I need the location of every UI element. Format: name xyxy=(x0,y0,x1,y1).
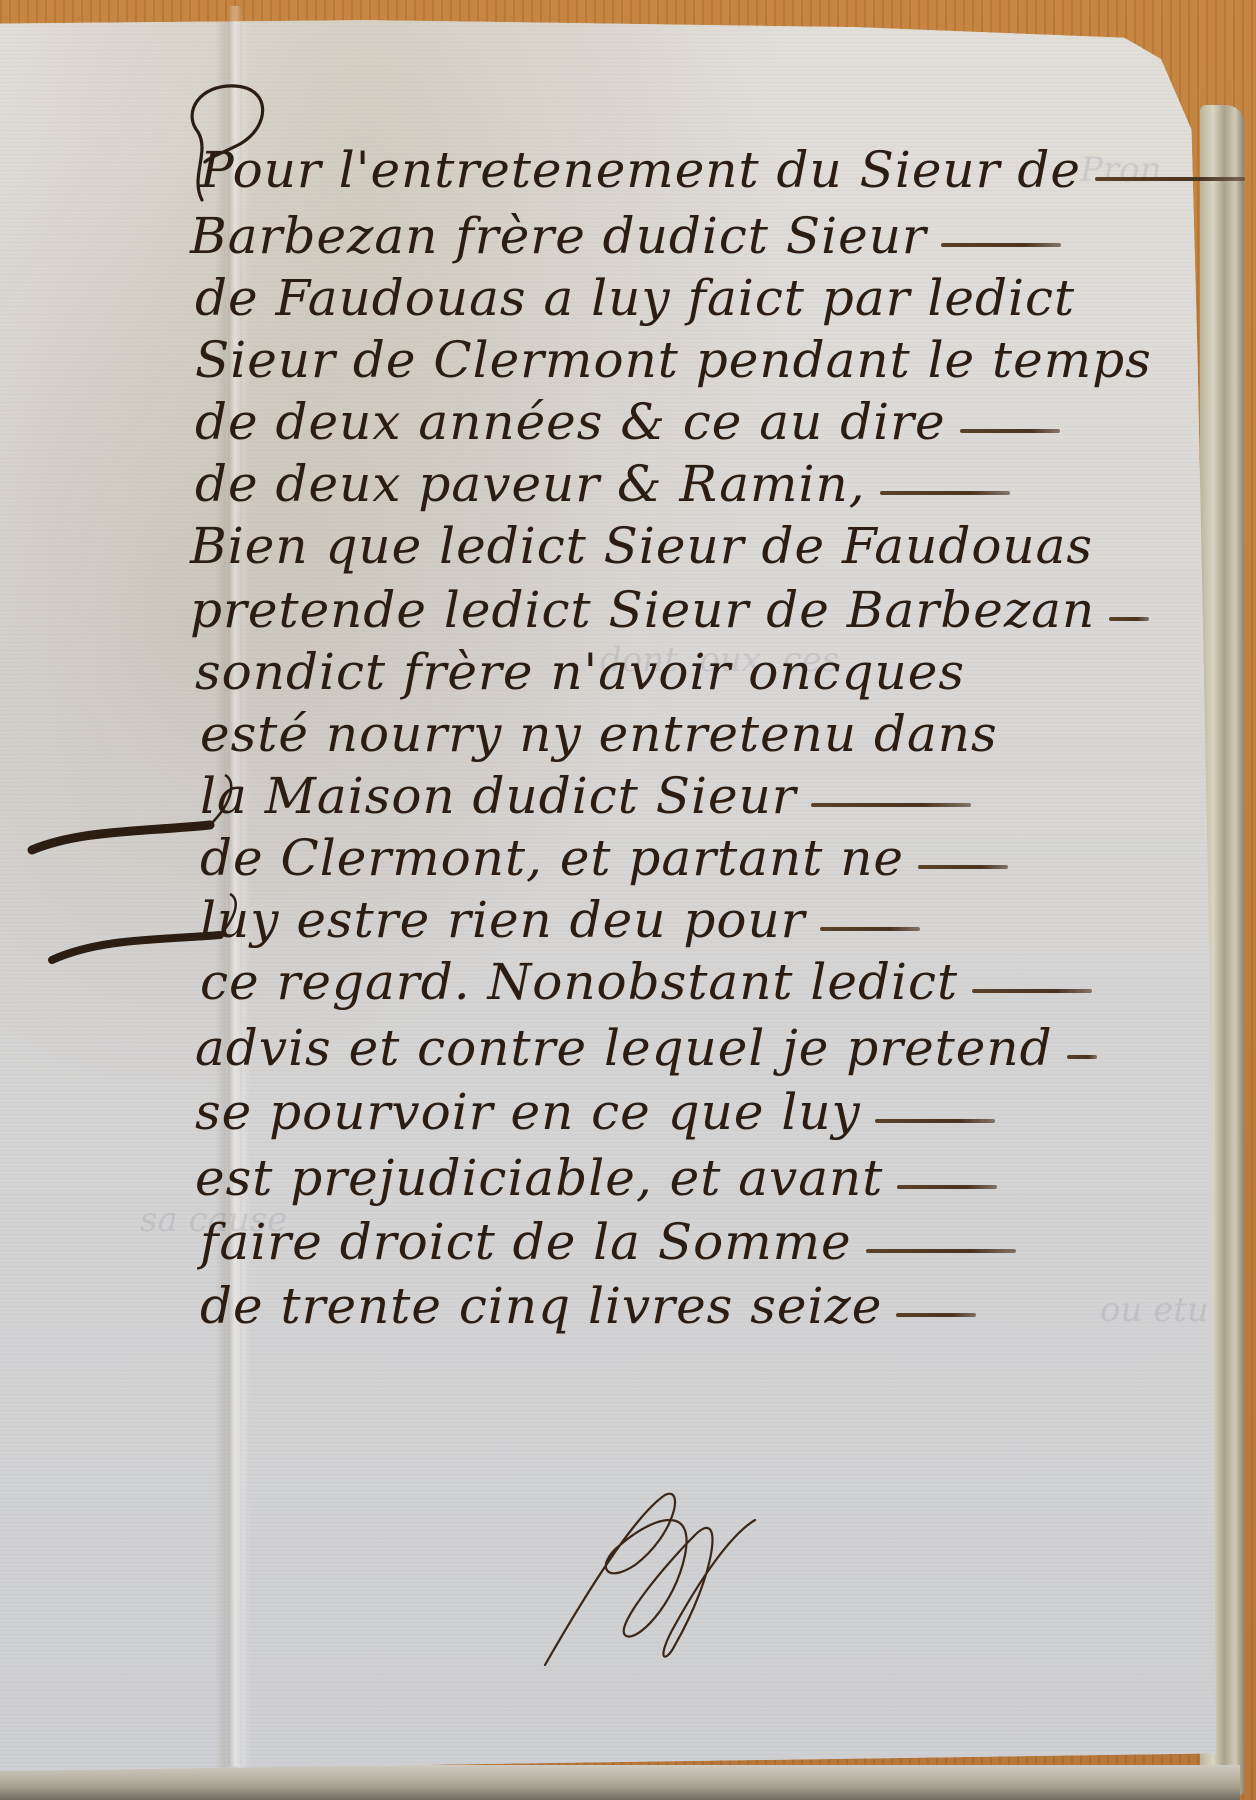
manuscript-line: advis et contre lequel je pretend xyxy=(195,1018,1097,1078)
margin-flourish-icon xyxy=(20,770,240,860)
manuscript-line: pretende ledict Sieur de Barbezan xyxy=(190,580,1149,640)
line-text: de deux années & ce au dire xyxy=(195,392,946,452)
line-filler-stroke xyxy=(941,243,1061,247)
manuscript-line: esté nourry ny entretenu dans xyxy=(200,704,998,764)
manuscript-line: luy estre rien deu pour xyxy=(200,890,920,950)
manuscript-line: la Maison dudict Sieur xyxy=(200,766,971,826)
line-filler-stroke xyxy=(1109,617,1149,621)
line-text: Sieur de Clermont pendant le temps xyxy=(195,330,1152,390)
line-text: faire droict de la Somme xyxy=(200,1212,852,1272)
line-text: esté nourry ny entretenu dans xyxy=(200,704,998,764)
line-filler-stroke xyxy=(811,803,971,807)
line-filler-stroke xyxy=(960,429,1060,433)
line-filler-stroke xyxy=(880,491,1010,495)
manuscript-line: est prejudiciable, et avant xyxy=(195,1148,997,1208)
manuscript-line: de deux paveur & Ramin, xyxy=(195,454,1010,514)
manuscript-line: de trente cinq livres seize xyxy=(200,1276,976,1336)
line-filler-stroke xyxy=(972,989,1092,993)
line-filler-stroke xyxy=(1067,1055,1097,1059)
line-text: sondict frère n'avoir oncques xyxy=(195,642,965,702)
signature-paraphe-icon xyxy=(525,1475,765,1675)
line-text: advis et contre lequel je pretend xyxy=(195,1018,1053,1078)
manuscript-line: Barbezan frère dudict Sieur xyxy=(190,206,1061,266)
line-text: ce regard. Nonobstant ledict xyxy=(200,952,958,1012)
manuscript-line: se pourvoir en ce que luy xyxy=(195,1082,995,1142)
manuscript-text-block: Pour l'entretenement du Sieur de Barbeza… xyxy=(0,0,1256,1800)
line-filler-stroke xyxy=(1095,177,1245,181)
line-text: se pourvoir en ce que luy xyxy=(195,1082,861,1142)
manuscript-line: ce regard. Nonobstant ledict xyxy=(200,952,1092,1012)
manuscript-line: de Clermont, et partant ne xyxy=(200,828,1008,888)
line-text: Barbezan frère dudict Sieur xyxy=(190,206,927,266)
manuscript-line: sondict frère n'avoir oncques xyxy=(195,642,965,702)
line-text: de Faudouas a luy faict par ledict xyxy=(195,268,1075,328)
line-filler-stroke xyxy=(820,927,920,931)
line-text: Bien que ledict Sieur de Faudouas xyxy=(190,516,1093,576)
line-text: de Clermont, et partant ne xyxy=(200,828,904,888)
line-text: la Maison dudict Sieur xyxy=(200,766,797,826)
line-filler-stroke xyxy=(866,1249,1016,1253)
manuscript-line: faire droict de la Somme xyxy=(200,1212,1016,1272)
line-filler-stroke xyxy=(897,1185,997,1189)
manuscript-line: de deux années & ce au dire xyxy=(195,392,1060,452)
manuscript-line: de Faudouas a luy faict par ledict xyxy=(195,268,1075,328)
line-text: luy estre rien deu pour xyxy=(200,890,806,950)
line-text: de deux paveur & Ramin, xyxy=(195,454,866,514)
line-filler-stroke xyxy=(918,865,1008,869)
line-text: pretende ledict Sieur de Barbezan xyxy=(190,580,1095,640)
line-text: Pour l'entretenement du Sieur de xyxy=(200,140,1081,200)
line-filler-stroke xyxy=(875,1119,995,1123)
line-text: de trente cinq livres seize xyxy=(200,1276,882,1336)
manuscript-line: Pour l'entretenement du Sieur de xyxy=(200,140,1245,200)
manuscript-line: Bien que ledict Sieur de Faudouas xyxy=(190,516,1093,576)
manuscript-line: Sieur de Clermont pendant le temps xyxy=(195,330,1152,390)
margin-flourish-icon xyxy=(40,890,240,970)
line-filler-stroke xyxy=(896,1313,976,1317)
line-text: est prejudiciable, et avant xyxy=(195,1148,883,1208)
